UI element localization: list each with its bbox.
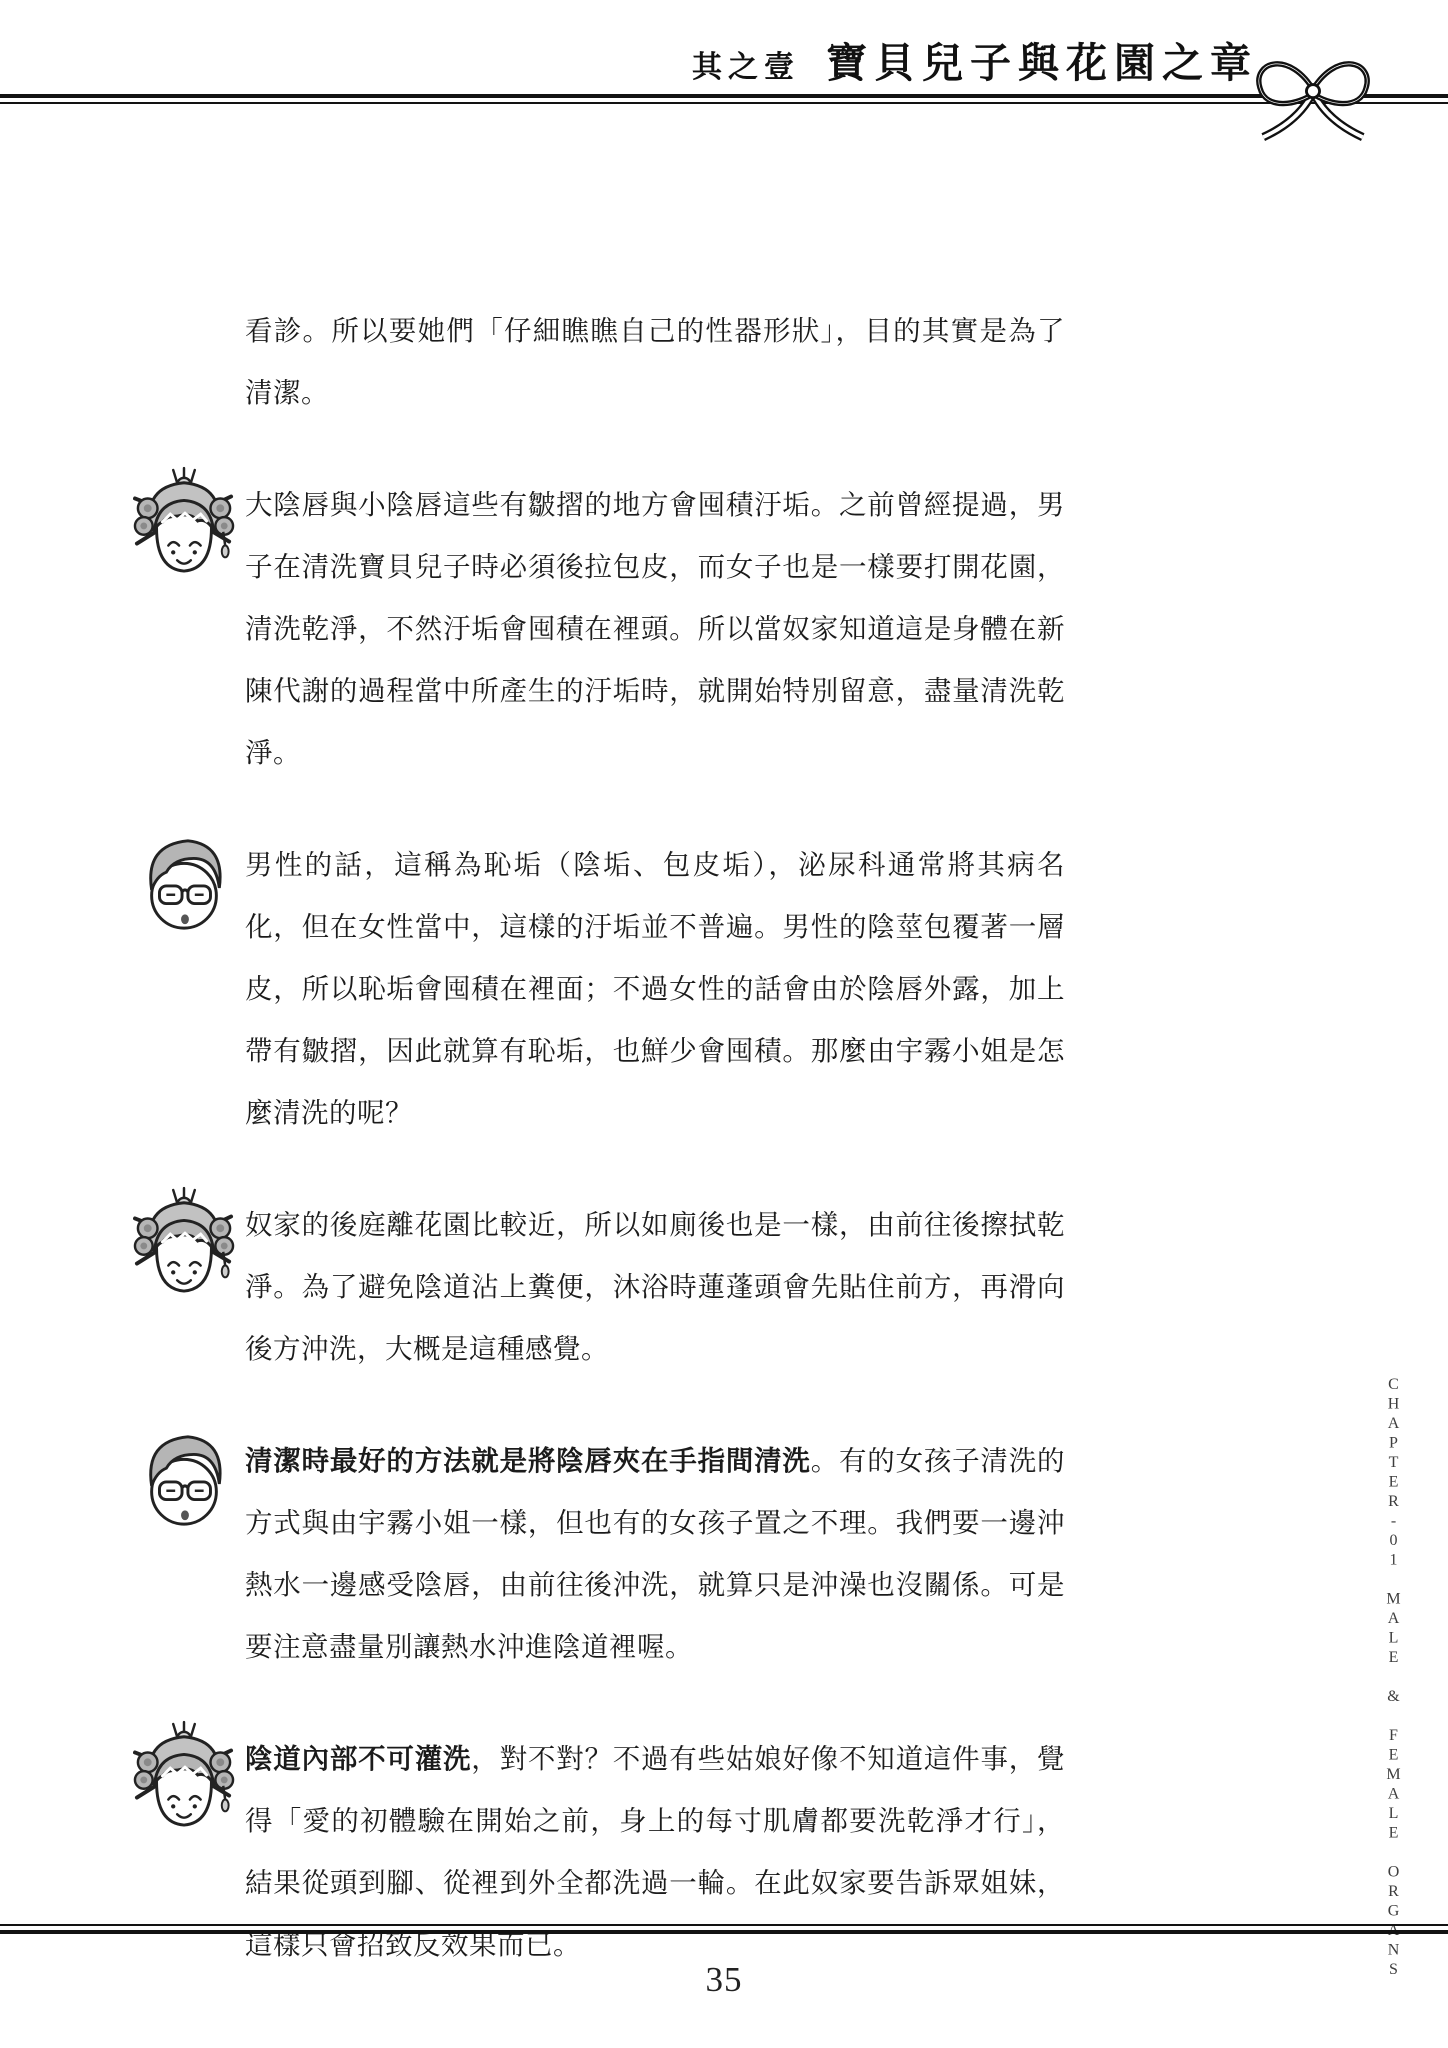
paragraph-bold-lead: 清潔時最好的方法就是將陰唇夾在手指間清洗 <box>245 1445 811 1476</box>
paragraph-text: 奴家的後庭離花園比較近，所以如廁後也是一樣，由前往後擦拭乾淨。為了避免陰道沾上糞… <box>245 1194 1065 1380</box>
paragraph-body: 。有的女孩子清洗的方式與由宇霧小姐一樣，但也有的女孩子置之不理。我們要一邊沖熱水… <box>245 1445 1065 1662</box>
paragraph-bold-lead: 陰道內部不可灌洗 <box>245 1743 471 1774</box>
chapter-header: 其之壹 寶貝兒子與花園之章 <box>692 30 1258 89</box>
paragraph-text: 男性的話，這稱為恥垢（陰垢、包皮垢），泌尿科通常將其病名化，但在女性當中，這樣的… <box>245 834 1065 1144</box>
paragraph-text: 清潔時最好的方法就是將陰唇夾在手指間清洗。有的女孩子清洗的方式與由宇霧小姐一樣，… <box>245 1430 1065 1678</box>
book-page: { "header": { "chapter_label": "其之壹", "c… <box>0 0 1448 2048</box>
paragraph-block: 大陰唇與小陰唇這些有皺摺的地方會囤積汙垢。之前曾經提過，男子在清洗寶貝兒子時必須… <box>245 474 1065 784</box>
doctor-avatar-icon <box>133 1420 235 1536</box>
paragraph-text: 大陰唇與小陰唇這些有皺摺的地方會囤積汙垢。之前曾經提過，男子在清洗寶貝兒子時必須… <box>245 474 1065 784</box>
oiran-avatar-icon <box>133 1184 235 1300</box>
paragraph-block: 奴家的後庭離花園比較近，所以如廁後也是一樣，由前往後擦拭乾淨。為了避免陰道沾上糞… <box>245 1194 1065 1380</box>
chapter-number-label: 其之壹 <box>692 42 800 86</box>
chapter-side-caption: CHAPTER-01 MALE & FEMALE ORGANS <box>1384 1376 1402 1876</box>
paragraph-body: 奴家的後庭離花園比較近，所以如廁後也是一樣，由前往後擦拭乾淨。為了避免陰道沾上糞… <box>245 1209 1065 1364</box>
paragraph-block: 清潔時最好的方法就是將陰唇夾在手指間清洗。有的女孩子清洗的方式與由宇霧小姐一樣，… <box>245 1430 1065 1678</box>
oiran-avatar-icon <box>133 1718 235 1834</box>
paragraph-block: 陰道內部不可灌洗，對不對？不過有些姑娘好像不知道這件事，覺得「愛的初體驗在開始之… <box>245 1728 1065 1976</box>
page-number: 35 <box>0 1960 1448 2000</box>
paragraph-block: 看診。所以要她們「仔細瞧瞧自己的性器形狀」，目的其實是為了清潔。 <box>245 300 1065 424</box>
paragraph-text: 陰道內部不可灌洗，對不對？不過有些姑娘好像不知道這件事，覺得「愛的初體驗在開始之… <box>245 1728 1065 1976</box>
paragraph-block: 男性的話，這稱為恥垢（陰垢、包皮垢），泌尿科通常將其病名化，但在女性當中，這樣的… <box>245 834 1065 1144</box>
paragraph-body: 男性的話，這稱為恥垢（陰垢、包皮垢），泌尿科通常將其病名化，但在女性當中，這樣的… <box>245 849 1065 1128</box>
paragraph-text: 看診。所以要她們「仔細瞧瞧自己的性器形狀」，目的其實是為了清潔。 <box>245 300 1065 424</box>
top-double-rule <box>0 94 1448 104</box>
chapter-title: 寶貝兒子與花園之章 <box>826 30 1258 89</box>
paragraph-body: 大陰唇與小陰唇這些有皺摺的地方會囤積汙垢。之前曾經提過，男子在清洗寶貝兒子時必須… <box>245 489 1065 768</box>
mizuhiki-bow-icon <box>1252 40 1374 146</box>
doctor-avatar-icon <box>133 824 235 940</box>
bottom-double-rule <box>0 1924 1448 1934</box>
paragraph-body: 看診。所以要她們「仔細瞧瞧自己的性器形狀」，目的其實是為了清潔。 <box>245 315 1065 408</box>
oiran-avatar-icon <box>133 464 235 580</box>
page-body: 看診。所以要她們「仔細瞧瞧自己的性器形狀」，目的其實是為了清潔。 大陰唇與小陰唇… <box>245 300 1065 2026</box>
